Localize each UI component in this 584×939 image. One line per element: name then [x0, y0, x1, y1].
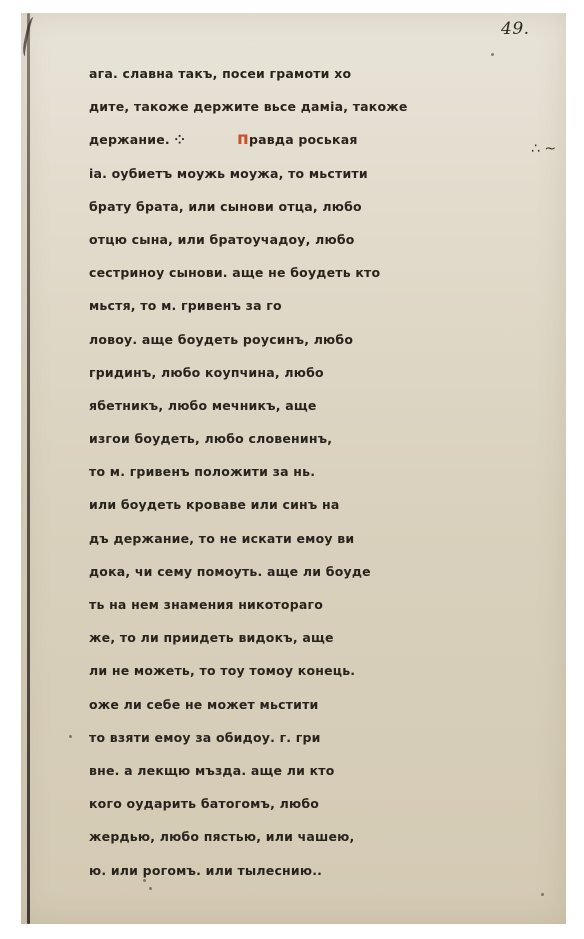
text-line: жердью, любо пястью, или чашею,	[89, 820, 514, 853]
binding-gutter-line	[27, 13, 30, 924]
ink-speck	[69, 735, 72, 738]
text-line: дока, чи сему помоуть. аще ли боуде	[89, 555, 514, 588]
text-line: вне. а лекщю мъзда. аще ли кто	[89, 754, 514, 787]
line-text-after-initial: равда роськая	[249, 132, 358, 147]
ink-speck	[541, 893, 544, 896]
text-line: брату брата, или сынови отца, любо	[89, 190, 514, 223]
text-line: ть на нем знамения никотораго	[89, 588, 514, 621]
manuscript-text-block: ага. славна такъ, посеи грамоти хо дите,…	[89, 57, 514, 887]
line-text: ловоу. аще боудеть роусинъ, любо	[89, 332, 353, 347]
text-line: кого оударить батогомъ, любо	[89, 787, 514, 820]
text-line: то м. гривенъ положити за нь.	[89, 455, 514, 488]
line-text: брату брата, или сынови отца, любо	[89, 199, 362, 214]
text-line: ли не можеть, то тоу томоу конець.	[89, 654, 514, 687]
line-text: отцю сына, или братоучадоу, любо	[89, 232, 355, 247]
line-text: жердью, любо пястью, или чашею,	[89, 829, 354, 844]
ink-speck	[149, 887, 152, 890]
line-text: iа. оубиетъ моужь моужа, то мьстити	[89, 166, 368, 181]
line-text: кого оударить батогомъ, любо	[89, 796, 319, 811]
text-line: дъ держание, то не искати емоу ви	[89, 522, 514, 555]
line-text: то м. гривенъ положити за нь.	[89, 464, 315, 479]
line-text: ага. славна такъ, посеи грамоти хо	[89, 66, 351, 81]
line-text: или боудеть кроваве или синъ на	[89, 497, 340, 512]
line-text: ть на нем знамения никотораго	[89, 597, 323, 612]
text-line: сестриноу сынови. аще не боудеть кто	[89, 256, 514, 289]
text-line: ябетникъ, любо мечникъ, аще	[89, 389, 514, 422]
ink-speck	[143, 879, 146, 882]
margin-annotation: ∴ ~	[531, 141, 556, 157]
line-text: сестриноу сынови. аще не боудеть кто	[89, 265, 380, 280]
text-line: ловоу. аще боудеть роусинъ, любо	[89, 323, 514, 356]
line-text: дока, чи сему помоуть. аще ли боуде	[89, 564, 371, 579]
text-line: мьстя, то м. гривенъ за го	[89, 289, 514, 322]
text-line: дите, такоже держите вьсе дамiа, такоже	[89, 90, 514, 123]
line-text: то взяти емоу за обидоу. г. гри	[89, 730, 321, 745]
line-text: дите, такоже держите вьсе дамiа, такоже	[89, 99, 408, 114]
text-line: ю. или рогомъ. или тылеснию..	[89, 854, 514, 887]
text-line: iа. оубиетъ моужь моужа, то мьстити	[89, 157, 514, 190]
line-text: ли не можеть, то тоу томоу конець.	[89, 663, 355, 678]
line-text: мьстя, то м. гривенъ за го	[89, 298, 282, 313]
rubric-initial-letter: П	[237, 129, 249, 149]
text-line: же, то ли приидеть видокъ, аще	[89, 621, 514, 654]
line-text: держание. ⁘	[89, 132, 185, 147]
line-text: вне. а лекщю мъзда. аще ли кто	[89, 763, 335, 778]
text-line: или боудеть кроваве или синъ на	[89, 488, 514, 521]
text-line: отцю сына, или братоучадоу, любо	[89, 223, 514, 256]
text-line: то взяти емоу за обидоу. г. гри	[89, 721, 514, 754]
text-line: оже ли себе не может мьстити	[89, 688, 514, 721]
line-text: оже ли себе не может мьстити	[89, 697, 319, 712]
line-text: ябетникъ, любо мечникъ, аще	[89, 398, 317, 413]
text-line: изгои боудеть, любо словенинъ,	[89, 422, 514, 455]
line-text: изгои боудеть, любо словенинъ,	[89, 431, 332, 446]
line-text: гридинъ, любо коупчина, любо	[89, 365, 324, 380]
line-text: же, то ли приидеть видокъ, аще	[89, 630, 334, 645]
page-number: 49.	[501, 19, 530, 39]
text-line: держание. ⁘Правда роськая	[89, 123, 514, 156]
text-line: гридинъ, любо коупчина, любо	[89, 356, 514, 389]
manuscript-page: 49. ∴ ~ ага. славна такъ, посеи грамоти …	[21, 13, 566, 924]
ink-speck	[491, 53, 494, 56]
line-text: ю. или рогомъ. или тылеснию..	[89, 863, 322, 878]
line-text: дъ держание, то не искати емоу ви	[89, 531, 354, 546]
text-line: ага. славна такъ, посеи грамоти хо	[89, 57, 514, 90]
gutter-ink-mark	[21, 16, 40, 57]
